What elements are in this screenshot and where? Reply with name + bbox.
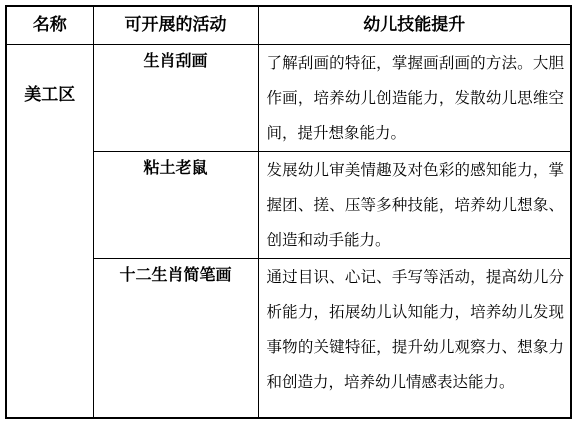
activity-cell: 十二生肖简笔画	[93, 258, 258, 418]
activity-cell: 生肖刮画	[93, 44, 258, 151]
activity-cell: 粘土老鼠	[93, 151, 258, 258]
header-cell-activities: 可开展的活动	[93, 6, 258, 44]
skills-cell: 通过目识、心记、手写等活动，提高幼儿分析能力，拓展幼儿认知能力，培养幼儿发现事物…	[258, 258, 571, 418]
header-cell-name: 名称	[6, 6, 93, 44]
area-name-cell: 美工区	[6, 44, 93, 418]
activities-table: 名称 可开展的活动 幼儿技能提升 美工区 生肖刮画 了解刮画的特征，掌握画刮画的…	[5, 5, 572, 419]
table-header-row: 名称 可开展的活动 幼儿技能提升	[6, 6, 571, 44]
header-cell-skills: 幼儿技能提升	[258, 6, 571, 44]
skills-cell: 了解刮画的特征，掌握画刮画的方法。大胆作画，培养幼儿创造能力，发散幼儿思维空间，…	[258, 44, 571, 151]
table-row: 美工区 生肖刮画 了解刮画的特征，掌握画刮画的方法。大胆作画，培养幼儿创造能力，…	[6, 44, 571, 151]
skills-cell: 发展幼儿审美情趣及对色彩的感知能力，掌握团、搓、压等多种技能，培养幼儿想象、创造…	[258, 151, 571, 258]
document-page: 名称 可开展的活动 幼儿技能提升 美工区 生肖刮画 了解刮画的特征，掌握画刮画的…	[0, 0, 575, 422]
